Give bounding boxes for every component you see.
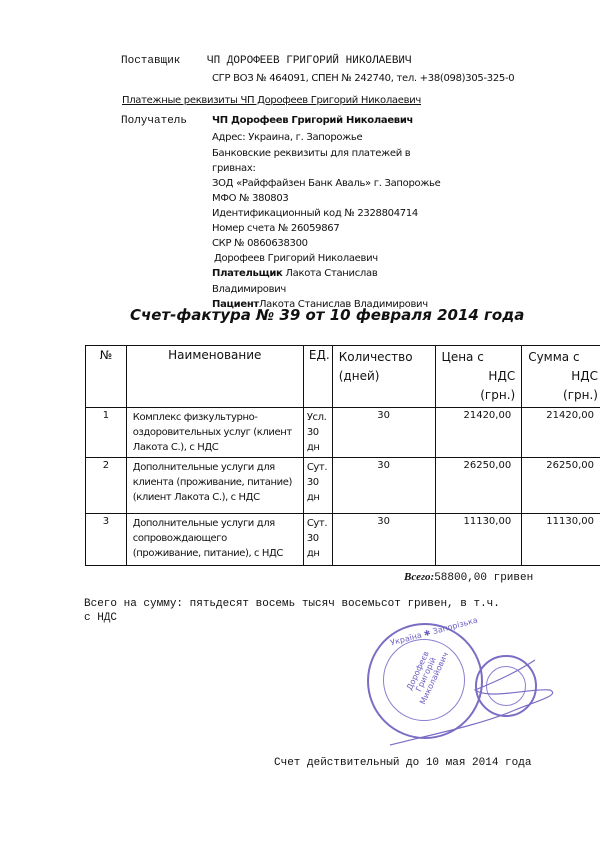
supplier-name: ЧП ДОРОФЕЕВ ГРИГОРИЙ НИКОЛАЕВИЧ: [207, 55, 412, 67]
row-name-text: Дополнительные услуги для клиента (прожи…: [133, 460, 297, 505]
total-label: Всего:: [404, 571, 434, 583]
header-price-line2: НДС: [442, 367, 516, 386]
signature: [360, 640, 580, 760]
header-sum-line3: (грн.): [528, 386, 598, 405]
payment-details-heading: Платежные реквизиты ЧП Дорофеев Григорий…: [122, 95, 421, 106]
supplier-registration: СГР ВОЗ № 464091, СПЕН № 242740, тел. +3…: [212, 73, 514, 84]
header-no: №: [86, 346, 127, 408]
header-sum: Сумма с НДС (грн.): [522, 346, 600, 408]
account-holder: Дорофеев Григорий Николаевич: [214, 253, 378, 264]
table-row: 1 Комплекс физкультурно-оздоровительных …: [86, 408, 600, 458]
header-qty: Количество (дней): [332, 346, 435, 408]
header-price-line3: (грн.): [442, 386, 516, 405]
recipient-label: Получатель: [121, 115, 187, 127]
payer-name-line1: Лакота Станислав: [285, 268, 377, 279]
row-unit-text: Усл. 30 дн: [307, 410, 332, 455]
payer-label: Плательщик: [212, 268, 283, 279]
row-no: 3: [86, 514, 127, 566]
row-no: 2: [86, 458, 127, 514]
table-row: 2 Дополнительные услуги для клиента (про…: [86, 458, 600, 514]
row-qty: 30: [332, 458, 435, 514]
row-price: 11130,00: [435, 514, 522, 566]
row-sum: 26250,00: [522, 458, 600, 514]
mfo: МФО № 380803: [212, 193, 288, 204]
header-qty-text: Количество (дней): [339, 348, 429, 386]
row-name: Дополнительные услуги для сопровождающег…: [126, 514, 303, 566]
invoice-title: Счет-фактура № 39 от 10 февраля 2014 год…: [130, 306, 524, 324]
table-row: 3 Дополнительные услуги для сопровождающ…: [86, 514, 600, 566]
row-unit: Сут. 30 дн: [303, 514, 332, 566]
header-price: Цена с НДС (грн.): [435, 346, 522, 408]
row-sum: 21420,00: [522, 408, 600, 458]
recipient-address: Адрес: Украина, г. Запорожье: [212, 132, 362, 143]
supplier-label: Поставщик: [121, 55, 180, 67]
row-unit: Усл. 30 дн: [303, 408, 332, 458]
total-in-words-line2: с НДС: [84, 612, 117, 624]
bank-name: ЗОД «Райффайзен Банк Аваль» г. Запорожье: [212, 178, 440, 189]
payer: Плательщик Лакота Станислав: [212, 268, 377, 279]
recipient-name: ЧП Дорофеев Григорий Николаевич: [212, 115, 413, 126]
row-unit-text: Сут. 30 дн: [307, 516, 332, 561]
total-value: 58800,00 гривен: [434, 572, 533, 584]
skr: СКР № 0860638300: [212, 238, 308, 249]
row-price: 26250,00: [435, 458, 522, 514]
row-unit-text: Сут. 30 дн: [307, 460, 332, 505]
row-name-text: Дополнительные услуги для сопровождающег…: [133, 516, 297, 561]
bank-details-line2: гривнах:: [212, 163, 256, 174]
id-code: Идентификационный код № 2328804714: [212, 208, 418, 219]
row-name: Дополнительные услуги для клиента (прожи…: [126, 458, 303, 514]
row-price: 21420,00: [435, 408, 522, 458]
row-no: 1: [86, 408, 127, 458]
total-in-words: Всего на сумму: пятьдесят восемь тысяч в…: [84, 598, 500, 610]
header-price-line1: Цена с: [442, 348, 516, 367]
table-header-row: № Наименование ЕД. Количество (дней) Цен…: [86, 346, 600, 408]
header-unit: ЕД.: [303, 346, 332, 408]
items-table: № Наименование ЕД. Количество (дней) Цен…: [85, 345, 600, 566]
account-number: Номер счета № 26059867: [212, 223, 339, 234]
row-qty: 30: [332, 514, 435, 566]
row-qty: 30: [332, 408, 435, 458]
row-sum: 11130,00: [522, 514, 600, 566]
row-name-text: Комплекс физкультурно-оздоровительных ус…: [133, 410, 297, 455]
total: Всего:58800,00 гривен: [404, 571, 533, 584]
header-sum-line1: Сумма с: [528, 348, 598, 367]
row-name: Комплекс физкультурно-оздоровительных ус…: [126, 408, 303, 458]
row-unit: Сут. 30 дн: [303, 458, 332, 514]
validity-note: Счет действительный до 10 мая 2014 года: [274, 757, 531, 769]
header-sum-line2: НДС: [528, 367, 598, 386]
bank-details-line1: Банковские реквизиты для платежей в: [212, 148, 410, 159]
payer-name-line2: Владимирович: [212, 284, 286, 295]
header-name: Наименование: [126, 346, 303, 408]
